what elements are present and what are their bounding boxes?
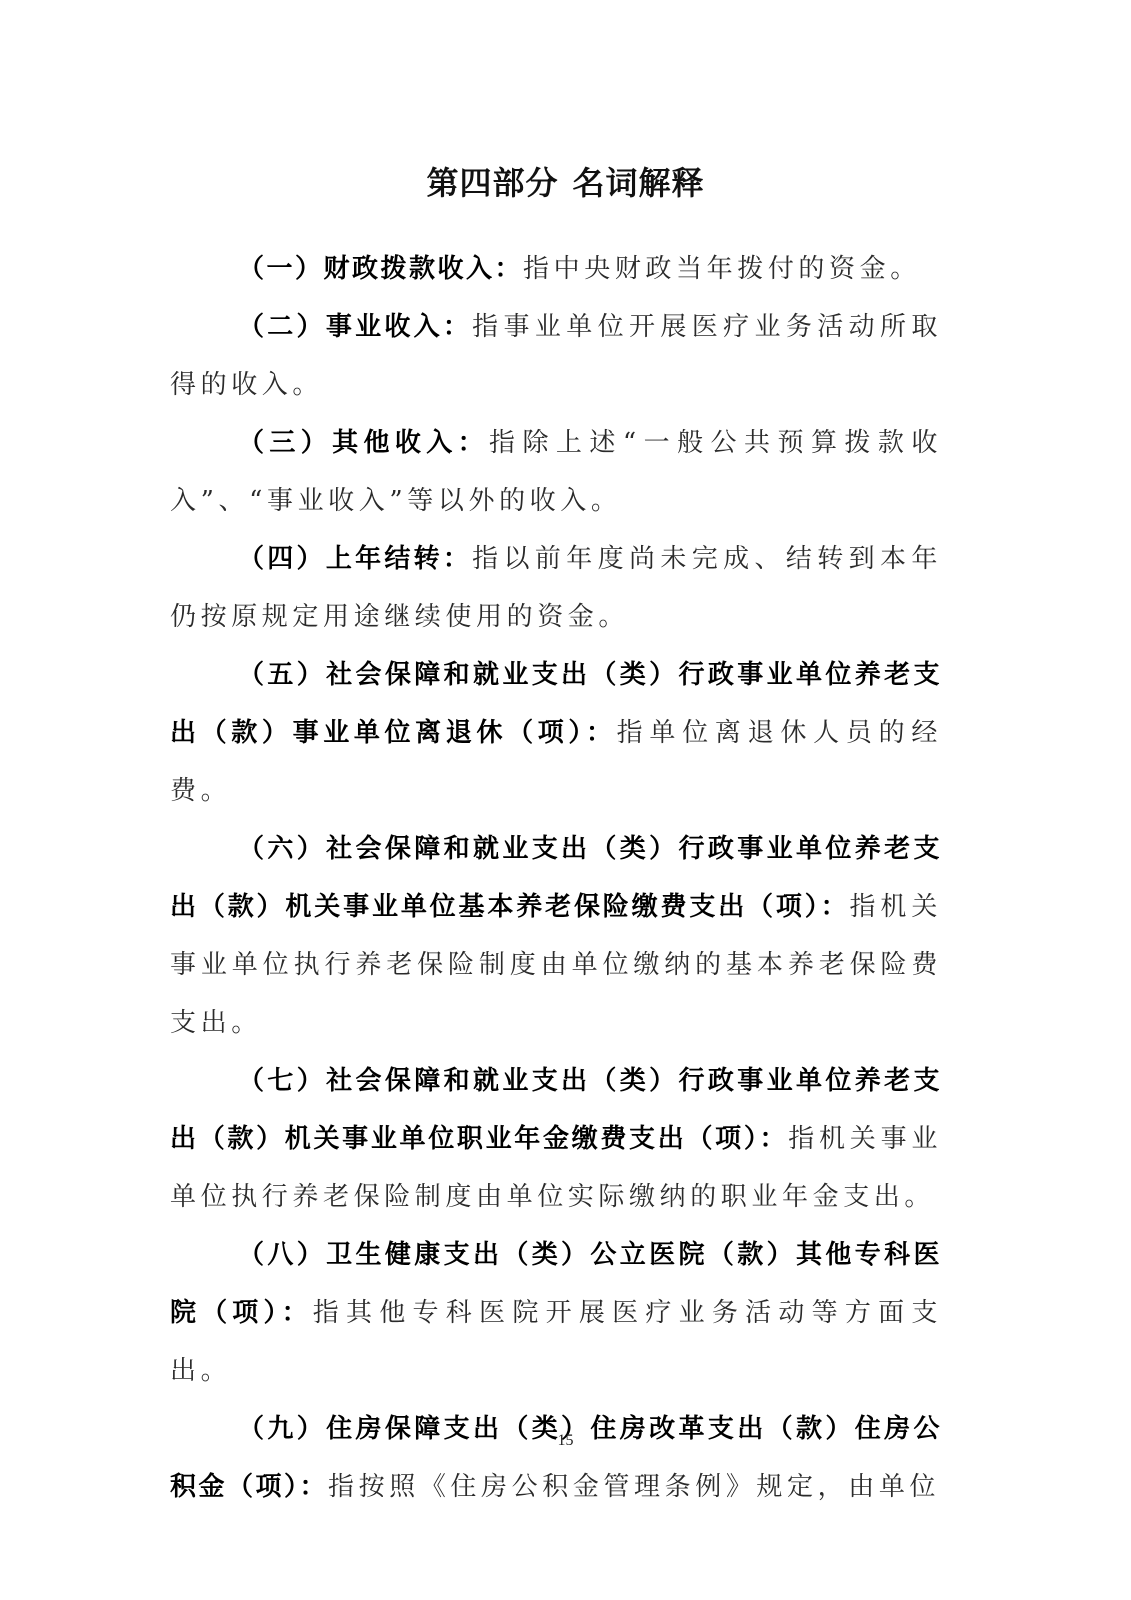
- glossary-term: （一）财政拨款收入：: [238, 254, 523, 284]
- glossary-term: （二）事业收入：: [238, 312, 472, 342]
- glossary-item-8: （八）卫生健康支出（类）公立医院（款）其他专科医院（项）：指其他专科医院开展医疗…: [170, 1226, 942, 1400]
- glossary-item-3: （三）其他收入：指除上述“一般公共预算拨款收入”、“事业收入”等以外的收入。: [170, 414, 942, 530]
- glossary-item-6: （六）社会保障和就业支出（类）行政事业单位养老支出（款）机关事业单位基本养老保险…: [170, 820, 942, 1052]
- glossary-item-5: （五）社会保障和就业支出（类）行政事业单位养老支出（款）事业单位离退休（项）：指…: [170, 646, 942, 820]
- glossary-item-9: （九）住房保障支出（类）住房改革支出（款）住房公积金（项）：指按照《住房公积金管…: [170, 1400, 942, 1516]
- glossary-term: （三）其他收入：: [238, 428, 489, 458]
- glossary-item-1: （一）财政拨款收入：指中央财政当年拨付的资金。: [170, 240, 942, 298]
- glossary-definition: 指中央财政当年拨付的资金。: [523, 254, 921, 284]
- page-title: 第四部分名词解释: [0, 161, 1131, 205]
- glossary-term: （四）上年结转：: [238, 544, 472, 574]
- glossary-definition: 指按照《住房公积金管理条例》规定，由单位: [328, 1472, 940, 1502]
- title-name: 名词解释: [573, 164, 705, 202]
- glossary-item-2: （二）事业收入：指事业单位开展医疗业务活动所取得的收入。: [170, 298, 942, 414]
- glossary-term: （六）社会保障和就业支出（类）行政事业单位养老支出（款）机关事业单位基本养老保险…: [170, 834, 942, 922]
- glossary-body: （一）财政拨款收入：指中央财政当年拨付的资金。 （二）事业收入：指事业单位开展医…: [170, 240, 942, 1516]
- title-part: 第四部分: [426, 164, 558, 202]
- page-number: 15: [0, 1432, 1131, 1450]
- glossary-item-4: （四）上年结转：指以前年度尚未完成、结转到本年仍按原规定用途继续使用的资金。: [170, 530, 942, 646]
- glossary-item-7: （七）社会保障和就业支出（类）行政事业单位养老支出（款）机关事业单位职业年金缴费…: [170, 1052, 942, 1226]
